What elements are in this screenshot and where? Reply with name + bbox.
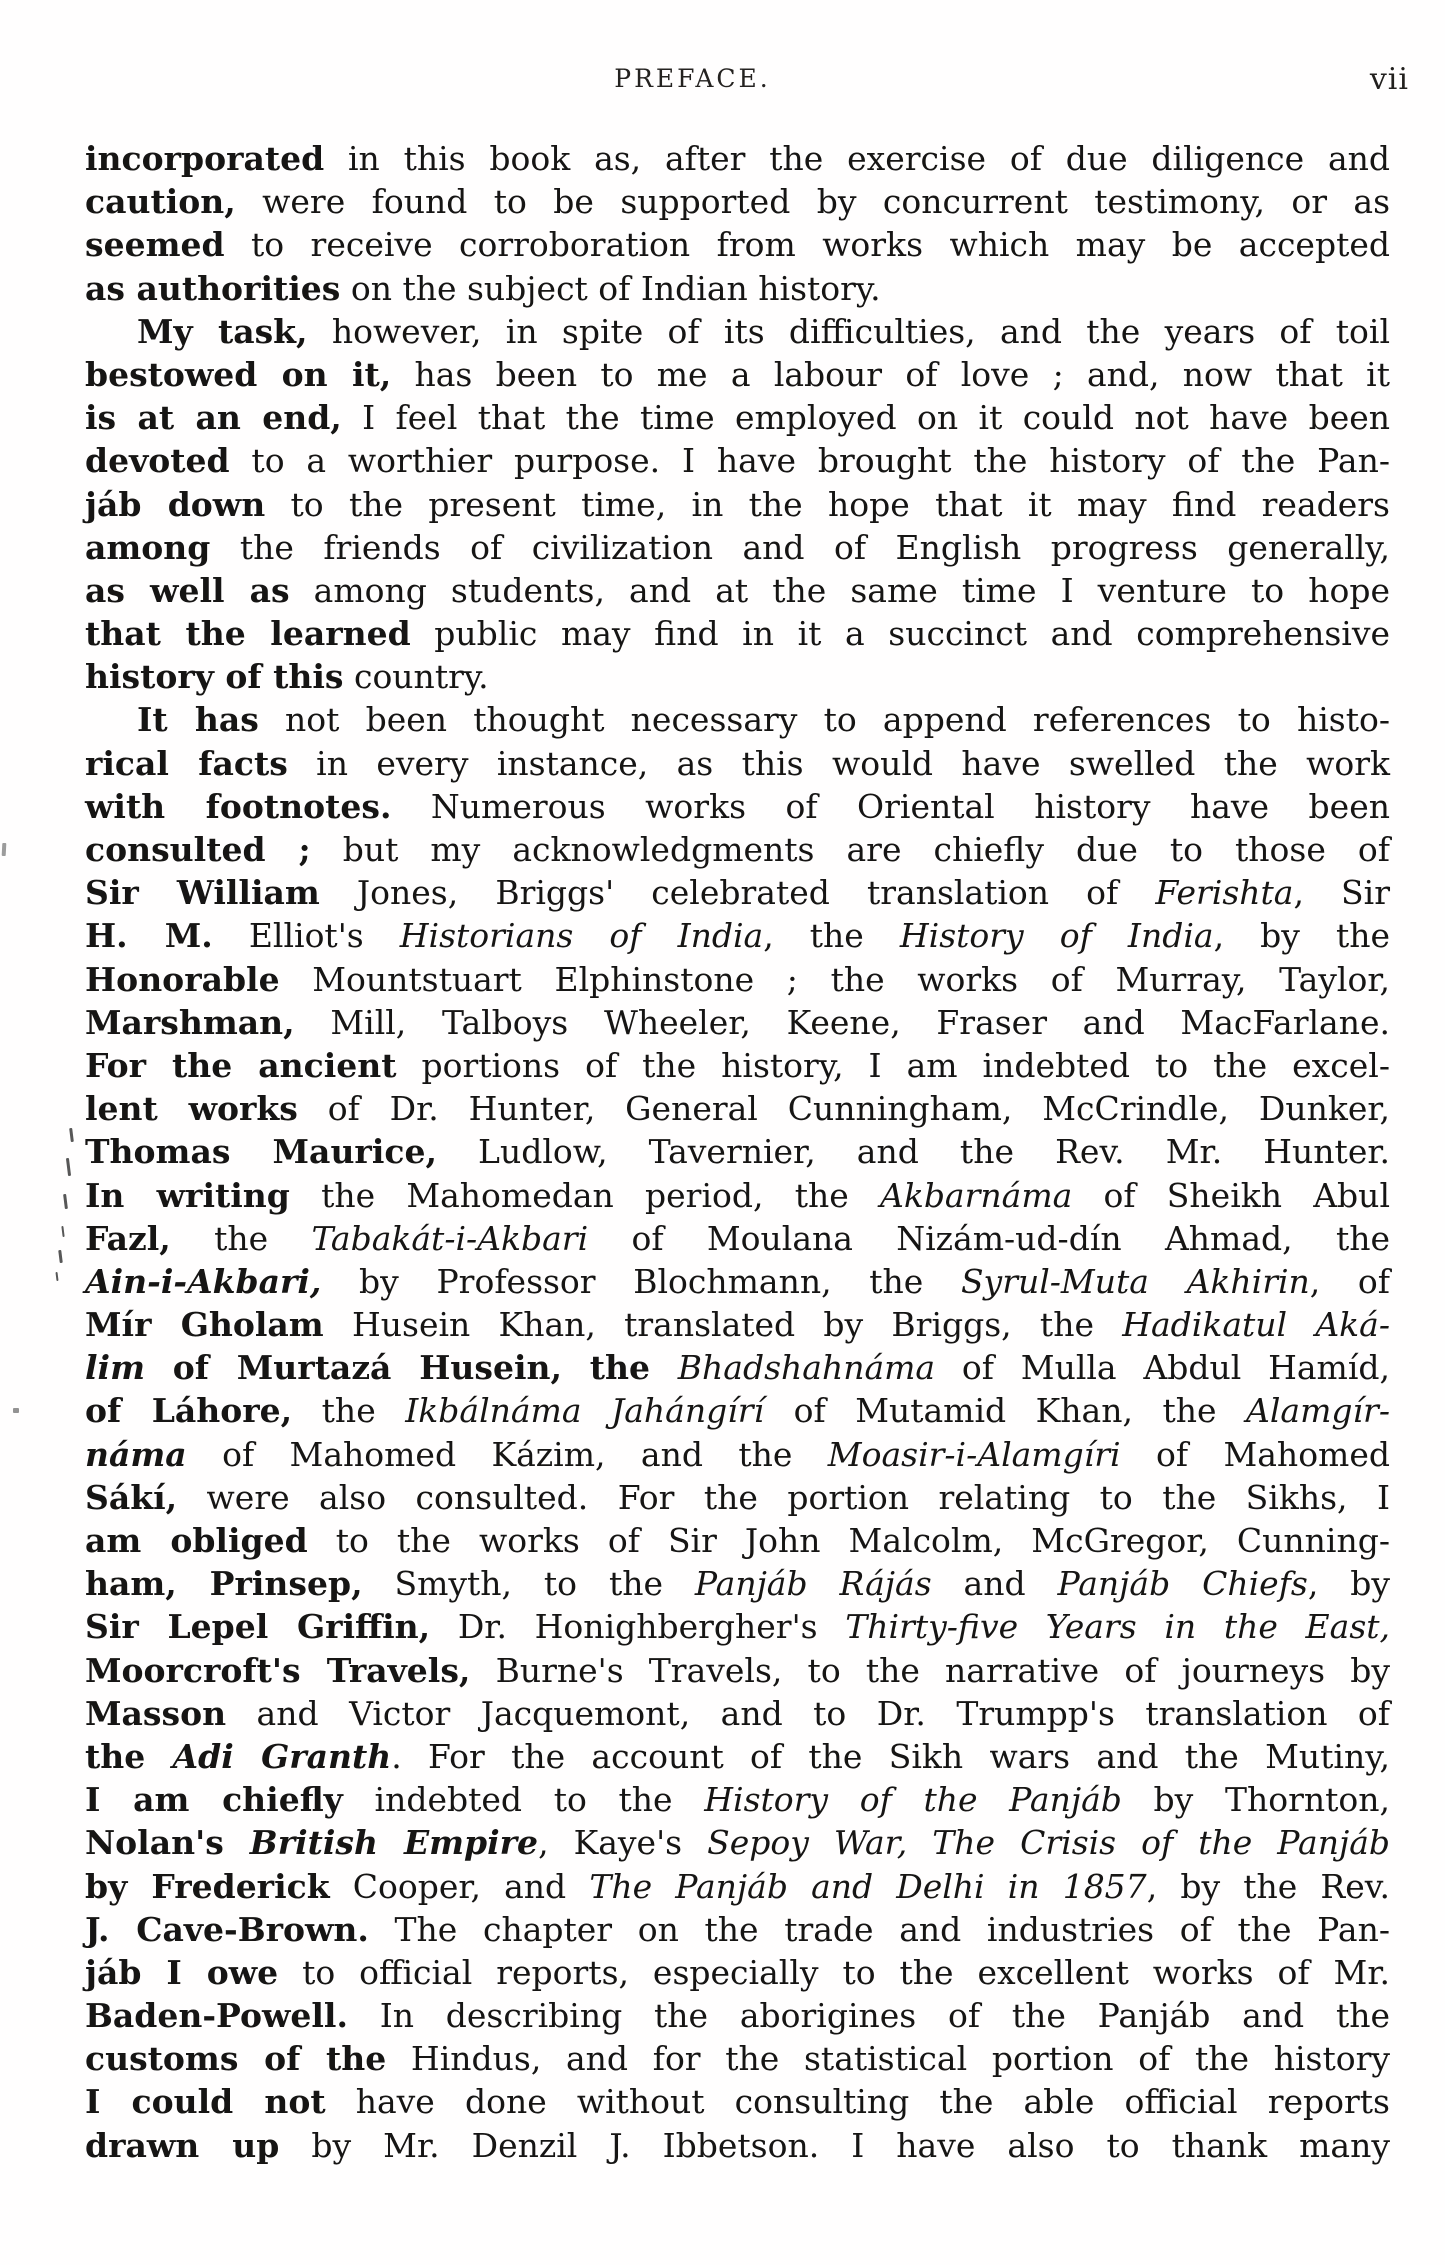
page-title: PREFACE.	[85, 64, 1300, 93]
text-segment: Ain-i-Akbari,	[85, 1262, 321, 1301]
text-line: bestowed on it, has been to me a labour …	[85, 353, 1390, 396]
paragraph: It has not been thought necessary to app…	[85, 698, 1390, 2166]
text-segment: , by	[1308, 1564, 1390, 1603]
text-segment: Ikbálnáma Jahángírí	[405, 1391, 764, 1430]
text-segment: I feel that the time employed on it coul…	[342, 398, 1390, 437]
text-line: H. M. Elliot's Historians of India, the …	[85, 914, 1390, 957]
text-segment: Sákí,	[85, 1478, 177, 1517]
text-segment: Elliot's	[213, 916, 400, 955]
text-segment: am obliged	[85, 1521, 308, 1560]
margin-mark	[66, 1158, 71, 1176]
text-line: Sákí, were also consulted. For the porti…	[85, 1476, 1390, 1519]
text-line: drawn up by Mr. Denzil J. Ibbetson. I ha…	[85, 2124, 1390, 2167]
text-segment: to receive corroboration from works whic…	[225, 225, 1390, 264]
text-segment: history of this	[85, 657, 343, 696]
text-segment: It has	[137, 700, 259, 739]
text-segment: I am chiefly	[85, 1780, 343, 1819]
text-segment: in every instance, as this would have sw…	[288, 744, 1390, 783]
page-body: incorporated in this book as, after the …	[85, 137, 1390, 2167]
text-segment: the Mahomedan period, the	[290, 1176, 880, 1215]
text-segment: seemed	[85, 225, 225, 264]
text-segment: to a worthier purpose. I have brought th…	[230, 441, 1390, 480]
text-line: by Frederick Cooper, and The Panjáb and …	[85, 1865, 1390, 1908]
text-segment: by Frederick	[85, 1867, 330, 1906]
text-segment: The Panjáb and Delhi in 1857	[589, 1867, 1146, 1906]
text-line: seemed to receive corroboration from wor…	[85, 223, 1390, 266]
text-line: My task, however, in spite of its diffic…	[85, 310, 1390, 353]
text-segment: Adi Granth	[173, 1737, 392, 1776]
text-segment: Jones, Briggs' celebrated translation of	[320, 873, 1156, 912]
text-segment: customs of the	[85, 2039, 386, 2078]
text-line: incorporated in this book as, after the …	[85, 137, 1390, 180]
paragraph: incorporated in this book as, after the …	[85, 137, 1390, 310]
text-line: that the learned public may find in it a…	[85, 612, 1390, 655]
text-segment: Baden-Powell.	[85, 1996, 348, 2035]
text-segment: Alamgír-	[1246, 1391, 1390, 1430]
text-line: I could not have done without consulting…	[85, 2080, 1390, 2123]
text-line: Thomas Maurice, Ludlow, Tavernier, and t…	[85, 1130, 1390, 1173]
text-segment: J. Cave-Brown.	[85, 1910, 369, 1949]
text-segment: Husein Khan, translated by Briggs, the	[324, 1305, 1123, 1344]
text-segment: with footnotes.	[85, 787, 391, 826]
text-line: of Láhore, the Ikbálnáma Jahángírí of Mu…	[85, 1389, 1390, 1432]
text-segment: Moasir-i-Alamgíri	[828, 1435, 1121, 1474]
text-line: the Adi Granth. For the account of the S…	[85, 1735, 1390, 1778]
text-segment: among students, and at the same time I v…	[290, 571, 1390, 610]
text-line: Baden-Powell. In describing the aborigin…	[85, 1994, 1390, 2037]
text-segment: Panjáb Rájás	[695, 1564, 932, 1603]
text-segment: Honorable	[85, 960, 280, 999]
text-segment: of Mahomed Kázim, and the	[187, 1435, 828, 1474]
text-segment: Bhadshahnáma	[678, 1348, 935, 1387]
text-line: Nolan's British Empire, Kaye's Sepoy War…	[85, 1821, 1390, 1864]
text-segment: Moorcroft's Travels,	[85, 1651, 470, 1690]
text-line: Masson and Victor Jacquemont, and to Dr.…	[85, 1692, 1390, 1735]
text-segment: of Láhore,	[85, 1391, 292, 1430]
text-line: I am chiefly indebted to the History of …	[85, 1778, 1390, 1821]
text-segment: and Victor Jacquemont, and to Dr. Trumpp…	[226, 1694, 1390, 1733]
text-line: Moorcroft's Travels, Burne's Travels, to…	[85, 1649, 1390, 1692]
text-segment: by Professor Blochmann, the	[321, 1262, 961, 1301]
text-segment: of Sheikh Abul	[1072, 1176, 1390, 1215]
text-segment: among	[85, 528, 210, 567]
text-segment: portions of the history, I am indebted t…	[396, 1046, 1390, 1085]
text-segment: however, in spite of its difficulties, a…	[308, 312, 1390, 351]
text-segment: to official reports, especially to the e…	[278, 1953, 1390, 1992]
text-segment: For the ancient	[85, 1046, 396, 1085]
text-segment: In describing the aborigines of the Panj…	[348, 1996, 1390, 2035]
text-segment: is at an end,	[85, 398, 342, 437]
text-segment: Syrul-Muta Akhirin	[961, 1262, 1310, 1301]
text-segment: , by the	[1214, 916, 1390, 955]
text-segment: Sepoy War, The Crisis of the Panjáb	[707, 1823, 1390, 1862]
text-segment: , Sir	[1293, 873, 1390, 912]
text-line: For the ancient portions of the history,…	[85, 1044, 1390, 1087]
text-segment: H. M.	[85, 916, 213, 955]
text-segment: indebted to the	[343, 1780, 704, 1819]
text-segment: lim	[85, 1348, 145, 1387]
text-segment: Masson	[85, 1694, 226, 1733]
text-segment: in this book as, after the exercise of d…	[324, 139, 1390, 178]
text-segment: History of India	[900, 916, 1214, 955]
text-line: as well as among students, and at the sa…	[85, 569, 1390, 612]
text-segment: Fazl,	[85, 1219, 171, 1258]
text-segment: , of	[1310, 1262, 1390, 1301]
text-segment: Ludlow, Tavernier, and the Rev. Mr. Hunt…	[437, 1132, 1390, 1171]
text-segment: In writing	[85, 1176, 290, 1215]
text-line: among the friends of civilization and of…	[85, 526, 1390, 569]
text-segment: not been thought necessary to append ref…	[259, 700, 1390, 739]
text-segment: rical facts	[85, 744, 288, 783]
text-segment: of Moulana Nizám-ud-dín Ahmad, the	[588, 1219, 1390, 1258]
text-line: with footnotes. Numerous works of Orient…	[85, 785, 1390, 828]
text-line: Sir William Jones, Briggs' celebrated tr…	[85, 871, 1390, 914]
text-segment: Mill, Talboys Wheeler, Keene, Fraser and…	[295, 1003, 1390, 1042]
text-segment: My task,	[137, 312, 308, 351]
text-line: customs of the Hindus, and for the stati…	[85, 2037, 1390, 2080]
text-segment: that the learned	[85, 614, 411, 653]
margin-mark	[55, 1272, 58, 1281]
text-segment: public may find in it a succinct and com…	[411, 614, 1390, 653]
text-line: Fazl, the Tabakát-i-Akbari of Moulana Ni…	[85, 1217, 1390, 1260]
text-segment: Dr. Honighbergher's	[430, 1607, 845, 1646]
text-segment: lent works	[85, 1089, 298, 1128]
text-segment: of Mahomed	[1121, 1435, 1390, 1474]
text-segment: jáb I owe	[85, 1953, 278, 1992]
text-segment: to the present time, in the hope that it…	[265, 485, 1390, 524]
text-segment: of Mulla Abdul Hamíd,	[935, 1348, 1390, 1387]
text-segment: Historians of India	[400, 916, 763, 955]
text-segment: History of the Panjáb	[704, 1780, 1122, 1819]
text-line: náma of Mahomed Kázim, and the Moasir-i-…	[85, 1433, 1390, 1476]
text-segment: British Empire	[250, 1823, 538, 1862]
text-segment: country.	[343, 657, 488, 696]
text-segment: Numerous works of Oriental history have …	[391, 787, 1390, 826]
text-segment: were also consulted. For the portion rel…	[177, 1478, 1390, 1517]
text-segment: were found to be supported by concurrent…	[236, 182, 1390, 221]
page-number: vii	[1370, 62, 1409, 97]
text-segment: Hindus, and for the statistical portion …	[386, 2039, 1390, 2078]
text-segment: . For the account of the Sikh wars and t…	[391, 1737, 1390, 1776]
text-segment: ham, Prinsep,	[85, 1564, 363, 1603]
text-segment: the friends of civilization and of Engli…	[210, 528, 1390, 567]
text-segment: Burne's Travels, to the narrative of jou…	[470, 1651, 1390, 1690]
text-segment: Marshman,	[85, 1003, 295, 1042]
text-segment: Thomas Maurice,	[85, 1132, 437, 1171]
text-segment: to the works of Sir John Malcolm, McGreg…	[308, 1521, 1390, 1560]
paragraph: My task, however, in spite of its diffic…	[85, 310, 1390, 699]
text-segment: of Dr. Hunter, General Cunningham, McCri…	[298, 1089, 1390, 1128]
text-line: jáb down to the present time, in the hop…	[85, 483, 1390, 526]
scanned-book-page: PREFACE. vii incorporated in this book a…	[0, 0, 1445, 2265]
text-line: devoted to a worthier purpose. I have br…	[85, 439, 1390, 482]
text-segment: jáb down	[85, 485, 265, 524]
scan-speck	[2, 843, 7, 856]
text-line: consulted ; but my acknowledgments are c…	[85, 828, 1390, 871]
text-segment: Thirty-five Years in the East,	[845, 1607, 1390, 1646]
text-segment: Hadikatul Aká-	[1122, 1305, 1390, 1344]
text-segment: Cooper, and	[330, 1867, 590, 1906]
text-segment: caution,	[85, 182, 236, 221]
text-segment: I could not	[85, 2082, 326, 2121]
text-line: It has not been thought necessary to app…	[85, 698, 1390, 741]
text-line: J. Cave-Brown. The chapter on the trade …	[85, 1908, 1390, 1951]
text-line: ham, Prinsep, Smyth, to the Panjáb Rájás…	[85, 1562, 1390, 1605]
text-segment: as well as	[85, 571, 290, 610]
text-segment: the	[292, 1391, 405, 1430]
margin-mark	[63, 1194, 68, 1209]
text-segment: by Mr. Denzil J. Ibbetson. I have also t…	[279, 2126, 1390, 2165]
text-segment: the	[85, 1737, 173, 1776]
text-segment: devoted	[85, 441, 230, 480]
text-line: Sir Lepel Griffin, Dr. Honighbergher's T…	[85, 1605, 1390, 1648]
text-line: lent works of Dr. Hunter, General Cunnin…	[85, 1087, 1390, 1130]
text-segment: Smyth, to the	[363, 1564, 695, 1603]
text-line: Marshman, Mill, Talboys Wheeler, Keene, …	[85, 1001, 1390, 1044]
text-segment: of Mutamid Khan, the	[764, 1391, 1246, 1430]
text-segment: , Kaye's	[538, 1823, 707, 1862]
text-segment: as authorities	[85, 269, 340, 308]
text-line: Ain-i-Akbari, by Professor Blochmann, th…	[85, 1260, 1390, 1303]
text-segment: Mountstuart Elphinstone ; the works of M…	[280, 960, 1390, 999]
text-segment: Ferishta	[1155, 873, 1293, 912]
text-segment: but my acknowledgments are chiefly due t…	[311, 830, 1390, 869]
text-segment: by Thornton,	[1122, 1780, 1390, 1819]
text-line: caution, were found to be supported by c…	[85, 180, 1390, 223]
text-segment: Akbarnáma	[880, 1176, 1072, 1215]
text-line: is at an end, I feel that the time emplo…	[85, 396, 1390, 439]
margin-mark	[61, 1226, 64, 1237]
text-segment: The chapter on the trade and industries …	[369, 1910, 1390, 1949]
text-line: In writing the Mahomedan period, the Akb…	[85, 1174, 1390, 1217]
margin-mark	[58, 1250, 63, 1263]
text-line: Honorable Mountstuart Elphinstone ; the …	[85, 958, 1390, 1001]
text-segment: the	[171, 1219, 312, 1258]
text-line: jáb I owe to official reports, especiall…	[85, 1951, 1390, 1994]
text-segment: náma	[85, 1435, 187, 1474]
text-segment: , the	[763, 916, 900, 955]
text-segment: , by the Rev.	[1147, 1867, 1390, 1906]
text-line: Mír Gholam Husein Khan, translated by Br…	[85, 1303, 1390, 1346]
text-segment: has been to me a labour of love ; and, n…	[391, 355, 1390, 394]
text-segment: Mír Gholam	[85, 1305, 324, 1344]
text-segment: Sir William	[85, 873, 320, 912]
text-line: am obliged to the works of Sir John Malc…	[85, 1519, 1390, 1562]
text-line: history of this country.	[85, 655, 1390, 698]
text-segment: incorporated	[85, 139, 324, 178]
text-segment: on the subject of Indian history.	[340, 269, 880, 308]
text-segment: consulted ;	[85, 830, 311, 869]
text-line: as authorities on the subject of Indian …	[85, 267, 1390, 310]
scan-speck	[13, 1408, 19, 1413]
margin-mark	[69, 1128, 74, 1142]
text-segment: Sir Lepel Griffin,	[85, 1607, 430, 1646]
text-line: rical facts in every instance, as this w…	[85, 742, 1390, 785]
text-segment: and	[932, 1564, 1058, 1603]
text-segment: Nolan's	[85, 1823, 250, 1862]
text-line: lim of Murtazá Husein, the Bhadshahnáma …	[85, 1346, 1390, 1389]
text-segment: Tabakát-i-Akbari	[311, 1219, 588, 1258]
text-segment: bestowed on it,	[85, 355, 391, 394]
text-segment: of Murtazá Husein, the	[145, 1348, 678, 1387]
text-segment: Panjáb Chiefs	[1058, 1564, 1308, 1603]
text-segment: drawn up	[85, 2126, 279, 2165]
text-segment: have done without consulting the able of…	[326, 2082, 1390, 2121]
